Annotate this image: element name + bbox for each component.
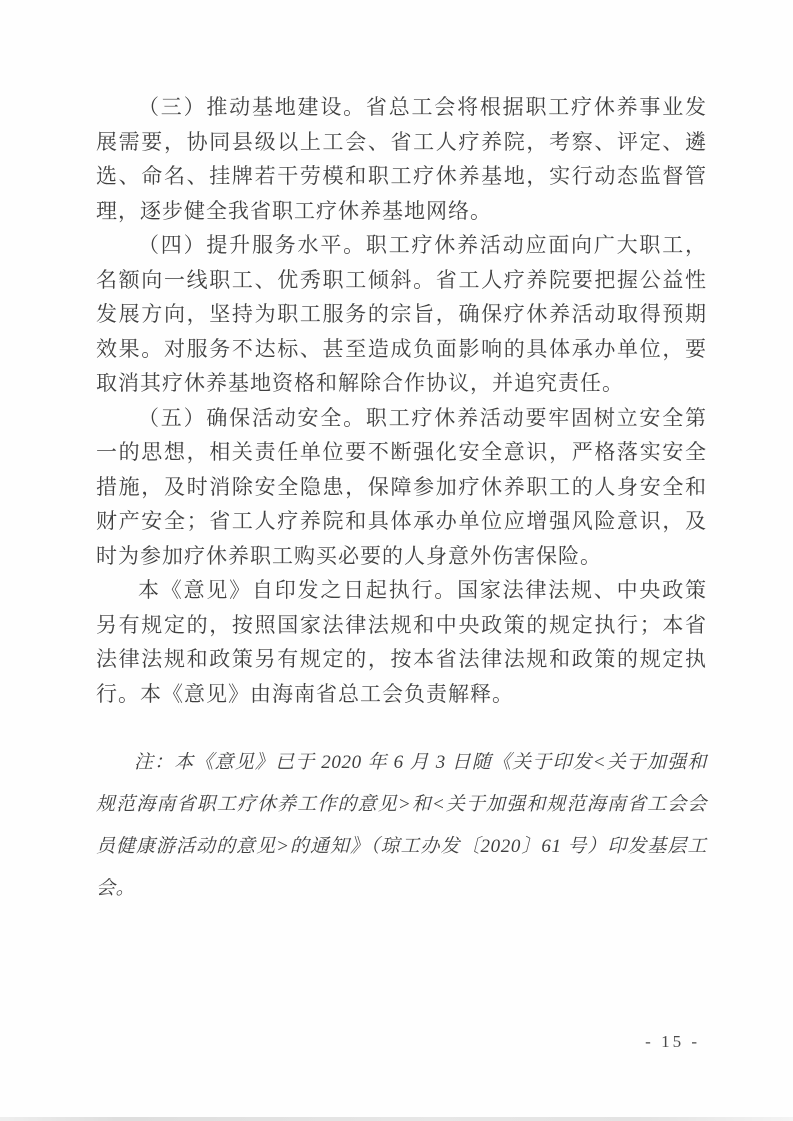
document-body: （三）推动基地建设。省总工会将根据职工疗休养事业发展需要，协同县级以上工会、省工… (96, 90, 707, 711)
paragraph-item-3-promote-base-construction: （三）推动基地建设。省总工会将根据职工疗休养事业发展需要，协同县级以上工会、省工… (96, 90, 707, 228)
paragraph-item-4-improve-service-level: （四）提升服务水平。职工疗休养活动应面向广大职工，名额向一线职工、优秀职工倾斜。… (96, 228, 707, 401)
scan-artifact-bottom-edge (0, 1117, 793, 1121)
paragraph-item-5-ensure-activity-safety: （五）确保活动安全。职工疗休养活动要牢固树立安全第一的思想，相关责任单位要不断强… (96, 401, 707, 574)
paragraph-implementation-clause: 本《意见》自印发之日起执行。国家法律法规、中央政策另有规定的，按照国家法律法规和… (96, 573, 707, 711)
scanned-document-page: （三）推动基地建设。省总工会将根据职工疗休养事业发展需要，协同县级以上工会、省工… (0, 0, 793, 1121)
footnote-issuance-note: 注：本《意见》已于 2020 年 6 月 3 日随《关于印发<关于加强和规范海南… (96, 742, 707, 910)
page-number: - 15 - (645, 1032, 700, 1052)
